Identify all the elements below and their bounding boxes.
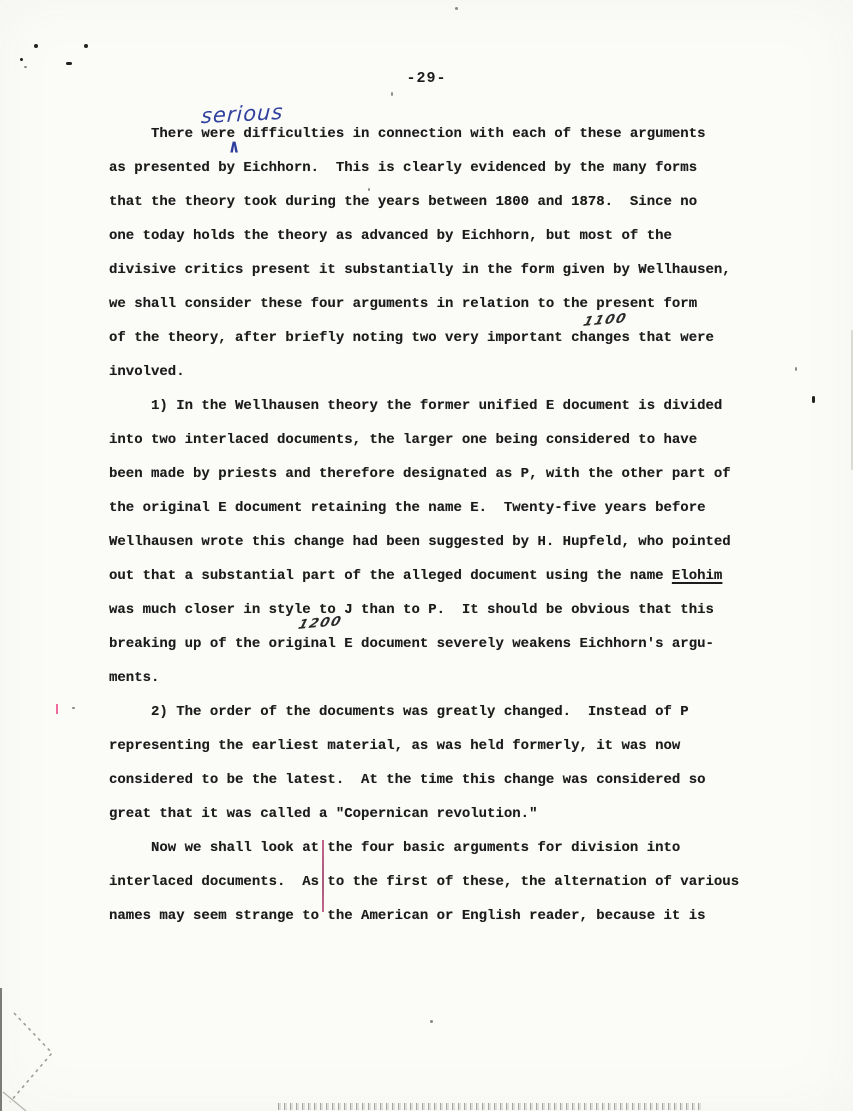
text-line: the original E document retaining the na… [109, 491, 739, 525]
text-line: into two interlaced documents, the large… [109, 423, 739, 457]
text-line: names may seem strange to the American o… [109, 899, 739, 933]
scan-speck [66, 62, 72, 65]
underlined-word: Elohim [672, 568, 722, 584]
pink-pencil-vertical-line [322, 840, 324, 912]
paragraph-2: 1) In the Wellhausen theory the former u… [109, 389, 739, 695]
scan-speck [812, 396, 815, 403]
text-line: of the theory, after briefly noting two … [109, 321, 739, 355]
scan-speck [24, 66, 27, 68]
scan-speck [20, 58, 23, 61]
handwritten-inserted-word: serious [200, 100, 284, 128]
text-line: Wellhausen wrote this change had been su… [109, 525, 739, 559]
scan-speck [455, 7, 458, 10]
typed-text: There were difficulties in connection wi… [109, 117, 739, 933]
text-line: out that a substantial part of the alleg… [109, 559, 739, 593]
pink-margin-tick [56, 704, 58, 714]
text-line: one today holds the theory as advanced b… [109, 219, 739, 253]
scan-noise-band [278, 1103, 703, 1110]
text-line: 2) The order of the documents was greatl… [109, 695, 739, 729]
scan-speck [795, 367, 797, 371]
paragraph-1: There were difficulties in connection wi… [109, 117, 739, 389]
text-line: been made by priests and therefore desig… [109, 457, 739, 491]
text-line: that the theory took during the years be… [109, 185, 739, 219]
text-line: as presented by Eichhorn. This is clearl… [109, 151, 739, 185]
text-line: ments. [109, 661, 739, 695]
text-line: involved. [109, 355, 739, 389]
scan-speck [72, 707, 75, 709]
paragraph-4: Now we shall look at the four basic argu… [109, 831, 739, 933]
text-line: we shall consider these four arguments i… [109, 287, 739, 321]
text-line: divisive critics present it substantiall… [109, 253, 739, 287]
text-line: considered to be the latest. At the time… [109, 763, 739, 797]
paragraph-3: 2) The order of the documents was greatl… [109, 695, 739, 831]
insertion-caret-mark: ∧ [228, 135, 240, 158]
scan-speck [430, 1020, 433, 1023]
scan-speck [368, 188, 370, 191]
text-line: representing the earliest material, as w… [109, 729, 739, 763]
text-line: breaking up of the original E document s… [109, 627, 739, 661]
text-line: 1) In the Wellhausen theory the former u… [109, 389, 739, 423]
text-line: Now we shall look at the four basic argu… [109, 831, 739, 865]
scanned-document-page: -29- There were difficulties in connecti… [0, 0, 853, 1111]
text-line: was much closer in style to J than to P.… [109, 593, 739, 627]
text-line: great that it was called a "Copernican r… [109, 797, 739, 831]
page-number: -29- [0, 70, 853, 87]
scan-speck [391, 92, 393, 96]
text-line: interlaced documents. As to the first of… [109, 865, 739, 899]
scan-speck [84, 44, 88, 48]
scan-speck [34, 44, 38, 48]
